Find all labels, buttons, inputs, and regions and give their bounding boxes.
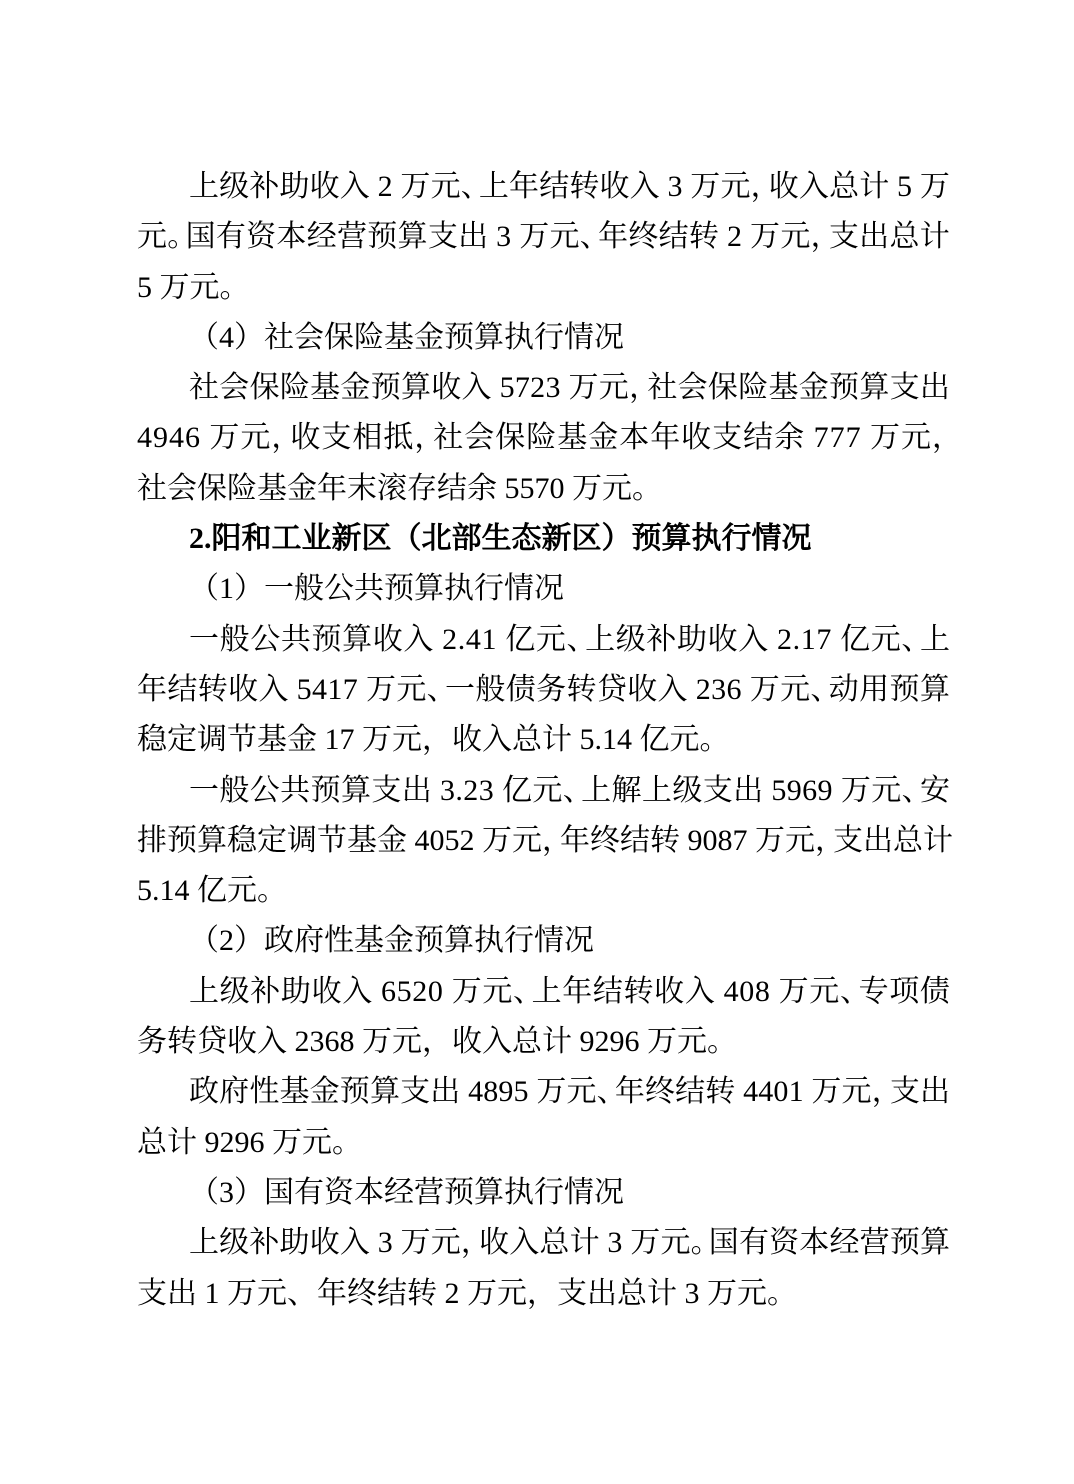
glyph: 贷 bbox=[597, 665, 627, 715]
glyph: 资 bbox=[246, 212, 276, 262]
glyph: 本 bbox=[276, 212, 306, 262]
glyph bbox=[511, 212, 519, 262]
glyph: 结 bbox=[659, 212, 689, 262]
glyph: 入 bbox=[403, 615, 433, 665]
glyph: 基 bbox=[310, 363, 340, 413]
glyph: 元 bbox=[785, 816, 815, 866]
glyph bbox=[393, 162, 401, 212]
glyph: 9 bbox=[787, 766, 802, 816]
glyph: 4 bbox=[137, 413, 152, 463]
glyph: 转 bbox=[198, 665, 228, 715]
glyph: 营 bbox=[860, 1218, 890, 1268]
glyph: 收 bbox=[312, 967, 342, 1017]
glyph: 上 bbox=[642, 766, 672, 816]
glyph bbox=[201, 413, 209, 463]
glyph: 保 bbox=[495, 413, 525, 463]
glyph bbox=[289, 665, 297, 715]
glyph: 元 bbox=[137, 212, 167, 262]
glyph: 入 bbox=[630, 162, 660, 212]
glyph: 支 bbox=[890, 1067, 920, 1117]
glyph: 入 bbox=[258, 665, 288, 715]
glyph: 结 bbox=[620, 816, 650, 866]
glyph bbox=[561, 363, 569, 413]
glyph: 结 bbox=[675, 1067, 705, 1117]
glyph: 解 bbox=[612, 766, 642, 816]
glyph: 本 bbox=[799, 1218, 829, 1268]
glyph: 收 bbox=[290, 413, 320, 463]
glyph: 万 bbox=[536, 1067, 566, 1117]
glyph bbox=[719, 212, 727, 262]
glyph: 转 bbox=[689, 212, 719, 262]
glyph: 本 bbox=[619, 413, 649, 463]
glyph: 元 bbox=[901, 413, 931, 463]
glyph: 节 bbox=[317, 816, 347, 866]
glyph bbox=[475, 816, 483, 866]
glyph: 元 bbox=[240, 413, 270, 463]
glyph: 收 bbox=[310, 1218, 340, 1268]
glyph: 算 bbox=[342, 615, 372, 665]
glyph: 元 bbox=[660, 1218, 690, 1268]
glyph bbox=[688, 665, 696, 715]
glyph: 4 bbox=[758, 1067, 773, 1117]
body-text-line: 社会保险基金年末滚存结余 5570 万元。 bbox=[137, 464, 950, 514]
glyph bbox=[735, 1067, 743, 1117]
glyph: 算 bbox=[341, 766, 371, 816]
glyph: 收 bbox=[431, 363, 461, 413]
glyph: 支 bbox=[321, 413, 351, 463]
glyph: 国 bbox=[186, 212, 216, 262]
subsection-heading-line: （3）国有资本经营预算执行情况 bbox=[137, 1168, 950, 1218]
document-body: 上级补助收入 2 万元、上年结转收入 3 万元，收入总计 5 万元。国有资本经营… bbox=[137, 162, 950, 1319]
glyph: 上 bbox=[479, 162, 509, 212]
glyph: 预 bbox=[311, 766, 341, 816]
glyph: 万 bbox=[870, 413, 900, 463]
glyph: 万 bbox=[452, 967, 482, 1017]
glyph: 支 bbox=[890, 363, 920, 413]
glyph: 元 bbox=[599, 363, 629, 413]
glyph: 6 bbox=[185, 413, 200, 463]
glyph: 万 bbox=[920, 162, 950, 212]
glyph: 亿 bbox=[840, 615, 870, 665]
glyph: 转 bbox=[705, 1067, 735, 1117]
glyph: 元 bbox=[550, 212, 580, 262]
glyph: 补 bbox=[250, 967, 280, 1017]
glyph: 2 bbox=[777, 615, 792, 665]
glyph: 算 bbox=[401, 363, 431, 413]
glyph: 国 bbox=[709, 1218, 739, 1268]
glyph bbox=[912, 162, 920, 212]
glyph: 元 bbox=[482, 967, 512, 1017]
glyph: 万 bbox=[750, 212, 780, 262]
glyph: 入 bbox=[342, 967, 372, 1017]
glyph: 5 bbox=[297, 665, 312, 715]
glyph: 算 bbox=[920, 665, 950, 715]
glyph: 余 bbox=[774, 413, 804, 463]
glyph: 2 bbox=[442, 615, 457, 665]
glyph: 结 bbox=[593, 967, 623, 1017]
glyph: 年 bbox=[598, 212, 628, 262]
glyph: 5 bbox=[397, 967, 412, 1017]
glyph bbox=[492, 363, 500, 413]
glyph: 算 bbox=[920, 1218, 950, 1268]
glyph: 万 bbox=[811, 1067, 841, 1117]
glyph: 共 bbox=[281, 615, 311, 665]
glyph: 6 bbox=[726, 665, 741, 715]
glyph bbox=[680, 816, 688, 866]
glyph: 一 bbox=[189, 766, 219, 816]
glyph: 经 bbox=[307, 212, 337, 262]
glyph: 1 bbox=[482, 615, 497, 665]
glyph: 7 bbox=[814, 413, 829, 463]
glyph: 4 bbox=[415, 816, 430, 866]
glyph: 2 bbox=[463, 766, 478, 816]
section-heading-line: 2.阳和工业新区（北部生态新区）预算执行情况 bbox=[137, 514, 950, 564]
glyph bbox=[683, 162, 691, 212]
glyph: 支 bbox=[400, 1067, 430, 1117]
body-text-line: 政府性基金预算支出 4895 万元、年终结转 4401 万元，支出 bbox=[137, 1067, 950, 1117]
glyph: 万 bbox=[400, 162, 430, 212]
glyph bbox=[358, 665, 366, 715]
glyph: 3 bbox=[545, 363, 560, 413]
glyph: 收 bbox=[600, 162, 630, 212]
body-text-line: 务转贷收入 2368 万元，收入总计 9296 万元。 bbox=[137, 1017, 950, 1067]
glyph: 转 bbox=[569, 162, 599, 212]
glyph: 元 bbox=[871, 615, 901, 665]
glyph: 级 bbox=[220, 967, 250, 1017]
glyph: 社 bbox=[189, 363, 219, 413]
glyph: 年 bbox=[650, 413, 680, 463]
glyph bbox=[771, 967, 779, 1017]
glyph: 元 bbox=[720, 162, 750, 212]
glyph: 年 bbox=[509, 162, 539, 212]
glyph: 排 bbox=[137, 816, 167, 866]
glyph: 收 bbox=[479, 1218, 509, 1268]
glyph: 万 bbox=[366, 665, 396, 715]
glyph: 万 bbox=[690, 162, 720, 212]
glyph: 1 bbox=[327, 665, 342, 715]
glyph: 7 bbox=[830, 413, 845, 463]
document-page: 上级补助收入 2 万元、上年结转收入 3 万元，收入总计 5 万元。国有资本经营… bbox=[0, 0, 1074, 1484]
glyph: 万 bbox=[750, 665, 780, 715]
glyph: 年 bbox=[560, 816, 590, 866]
body-text-line: 稳定调节基金 17 万元，收入总计 5.14 亿元。 bbox=[137, 715, 950, 765]
glyph: 上 bbox=[532, 967, 562, 1017]
glyph: 3 bbox=[711, 665, 726, 715]
glyph: 公 bbox=[250, 766, 280, 816]
glyph: 稳 bbox=[227, 816, 257, 866]
glyph: 终 bbox=[628, 212, 658, 262]
glyph bbox=[488, 212, 496, 262]
glyph: 入 bbox=[509, 1218, 539, 1268]
glyph bbox=[434, 615, 442, 665]
glyph: 预 bbox=[167, 816, 197, 866]
subsection-heading-line: （4）社会保险基金预算执行情况 bbox=[137, 313, 950, 363]
glyph: 收 bbox=[769, 162, 799, 212]
glyph: 助 bbox=[281, 967, 311, 1017]
glyph bbox=[407, 816, 415, 866]
glyph: 务 bbox=[536, 665, 566, 715]
subsection-heading-line: （1）一般公共预算执行情况 bbox=[137, 564, 950, 614]
glyph bbox=[373, 967, 381, 1017]
glyph: 收 bbox=[627, 665, 657, 715]
glyph: 政 bbox=[189, 1067, 219, 1117]
body-text-line: 一般公共预算收入 2.41 亿元、上级补助收入 2.17 亿元、上 bbox=[137, 615, 950, 665]
glyph: 级 bbox=[616, 615, 646, 665]
glyph bbox=[832, 615, 840, 665]
glyph: 亿 bbox=[505, 615, 535, 665]
glyph: 上 bbox=[189, 1218, 219, 1268]
body-text-line: 社会保险基金预算收入 5723 万元，社会保险基金预算支出 bbox=[137, 363, 950, 413]
glyph: 3 bbox=[479, 766, 494, 816]
glyph bbox=[833, 766, 841, 816]
glyph: 会 bbox=[219, 363, 249, 413]
glyph: 3 bbox=[440, 766, 455, 816]
body-text-line: 上级补助收入 6520 万元、上年结转收入 408 万元、专项债 bbox=[137, 967, 950, 1017]
glyph: 0 bbox=[703, 816, 718, 866]
glyph: 年 bbox=[615, 1067, 645, 1117]
glyph: 性 bbox=[249, 1067, 279, 1117]
glyph: 2 bbox=[378, 162, 393, 212]
glyph: 0 bbox=[428, 967, 443, 1017]
glyph bbox=[862, 413, 870, 463]
glyph: 专 bbox=[859, 967, 889, 1017]
glyph: 4 bbox=[724, 967, 739, 1017]
glyph: 元 bbox=[809, 967, 839, 1017]
glyph bbox=[889, 162, 897, 212]
body-text-line: 上级补助收入 2 万元、上年结转收入 3 万元，收入总计 5 万 bbox=[137, 162, 950, 212]
glyph: 计 bbox=[920, 212, 950, 262]
body-text-line: 元。国有资本经营预算支出 3 万元、年终结转 2 万元，支出总计 bbox=[137, 212, 950, 262]
glyph: 一 bbox=[189, 615, 219, 665]
glyph: 5 bbox=[771, 766, 786, 816]
glyph: 入 bbox=[462, 363, 492, 413]
glyph: 总 bbox=[829, 162, 859, 212]
glyph: 出 bbox=[458, 212, 488, 262]
body-text-line: 上级补助收入 3 万元，收入总计 3 万元。国有资本经营预算 bbox=[137, 1218, 950, 1268]
glyph: 万 bbox=[755, 816, 785, 866]
glyph: 预 bbox=[371, 363, 401, 413]
glyph: 元 bbox=[567, 1067, 597, 1117]
glyph: 收 bbox=[228, 665, 258, 715]
glyph: 预 bbox=[890, 665, 920, 715]
glyph: 元 bbox=[532, 766, 562, 816]
glyph: 5 bbox=[445, 816, 460, 866]
glyph: 社 bbox=[647, 363, 677, 413]
glyph: 2 bbox=[530, 363, 545, 413]
glyph: 金 bbox=[340, 363, 370, 413]
glyph bbox=[804, 1067, 812, 1117]
glyph: 元 bbox=[842, 1067, 872, 1117]
glyph: 元 bbox=[871, 766, 901, 816]
glyph: 会 bbox=[678, 363, 708, 413]
glyph bbox=[805, 413, 813, 463]
glyph: 4 bbox=[468, 1067, 483, 1117]
glyph: 万 bbox=[519, 212, 549, 262]
glyph: 收 bbox=[310, 162, 340, 212]
glyph: 预 bbox=[367, 212, 397, 262]
glyph: 万 bbox=[209, 413, 239, 463]
subsection-heading-line: （2）政府性基金预算执行情况 bbox=[137, 916, 950, 966]
glyph: 0 bbox=[430, 816, 445, 866]
glyph: 终 bbox=[590, 816, 620, 866]
glyph: 上 bbox=[189, 967, 219, 1017]
glyph: 金 bbox=[799, 363, 829, 413]
glyph: 元 bbox=[536, 615, 566, 665]
glyph: 金 bbox=[377, 816, 407, 866]
glyph: 安 bbox=[920, 766, 950, 816]
glyph: 出 bbox=[430, 1067, 460, 1117]
glyph: 8 bbox=[755, 967, 770, 1017]
glyph: 级 bbox=[219, 162, 249, 212]
glyph: 算 bbox=[398, 212, 428, 262]
glyph: 0 bbox=[739, 967, 754, 1017]
glyph: 预 bbox=[340, 1067, 370, 1117]
glyph: 2 bbox=[727, 212, 742, 262]
glyph: 转 bbox=[624, 967, 654, 1017]
glyph: 算 bbox=[859, 363, 889, 413]
glyph bbox=[529, 1067, 537, 1117]
glyph: 抵 bbox=[383, 413, 413, 463]
glyph: 公 bbox=[250, 615, 280, 665]
body-text-line: 4946 万元，收支相抵，社会保险基金本年收支结余 777 万元， bbox=[137, 413, 950, 463]
glyph bbox=[370, 162, 378, 212]
glyph: 险 bbox=[280, 363, 310, 413]
glyph: 总 bbox=[889, 212, 919, 262]
glyph: 8 bbox=[718, 816, 733, 866]
glyph: 4 bbox=[466, 615, 481, 665]
glyph: 支 bbox=[371, 766, 401, 816]
glyph: 预 bbox=[829, 363, 859, 413]
body-text-line: 总计 9296 万元。 bbox=[137, 1118, 950, 1168]
body-text-line: 支出 1 万元、年终结转 2 万元，支出总计 3 万元。 bbox=[137, 1269, 950, 1319]
glyph: 计 bbox=[570, 1218, 600, 1268]
glyph: 年 bbox=[137, 665, 167, 715]
glyph: 基 bbox=[557, 413, 587, 463]
glyph: 补 bbox=[646, 615, 676, 665]
glyph: 有 bbox=[216, 212, 246, 262]
glyph: 项 bbox=[889, 967, 919, 1017]
glyph: 出 bbox=[863, 816, 893, 866]
glyph: 元 bbox=[780, 212, 810, 262]
glyph: 3 bbox=[496, 212, 511, 262]
glyph: 级 bbox=[219, 1218, 249, 1268]
glyph: 资 bbox=[769, 1218, 799, 1268]
glyph: 3 bbox=[378, 1218, 393, 1268]
glyph: 支 bbox=[703, 766, 733, 816]
glyph: 上 bbox=[920, 615, 950, 665]
glyph: 助 bbox=[677, 615, 707, 665]
glyph: 终 bbox=[645, 1067, 675, 1117]
glyph bbox=[600, 1218, 608, 1268]
glyph: 险 bbox=[738, 363, 768, 413]
glyph: 元 bbox=[431, 1218, 461, 1268]
glyph: 上 bbox=[585, 615, 615, 665]
glyph: 1 bbox=[801, 615, 816, 665]
glyph: 助 bbox=[279, 162, 309, 212]
glyph: 出 bbox=[920, 1067, 950, 1117]
glyph: 2 bbox=[412, 967, 427, 1017]
glyph: 支 bbox=[833, 816, 863, 866]
glyph: 元 bbox=[396, 665, 426, 715]
glyph: 险 bbox=[526, 413, 556, 463]
body-text-line: 年结转收入 5417 万元、一般债务转贷收入 236 万元、动用预算 bbox=[137, 665, 950, 715]
glyph: 4 bbox=[169, 413, 184, 463]
glyph: 入 bbox=[658, 665, 688, 715]
glyph: 入 bbox=[738, 615, 768, 665]
glyph: 上 bbox=[581, 766, 611, 816]
glyph bbox=[370, 1218, 378, 1268]
glyph: 4 bbox=[743, 1067, 758, 1117]
glyph: 6 bbox=[381, 967, 396, 1017]
glyph: 2 bbox=[696, 665, 711, 715]
glyph: 3 bbox=[667, 162, 682, 212]
glyph bbox=[742, 665, 750, 715]
glyph: 8 bbox=[483, 1067, 498, 1117]
glyph: 一 bbox=[445, 665, 475, 715]
glyph: 级 bbox=[672, 766, 702, 816]
glyph: 结 bbox=[167, 665, 197, 715]
glyph: 收 bbox=[708, 615, 738, 665]
glyph: 7 bbox=[733, 816, 748, 866]
glyph: 万 bbox=[841, 766, 871, 816]
glyph: 府 bbox=[219, 1067, 249, 1117]
glyph: 补 bbox=[249, 162, 279, 212]
glyph: 1 bbox=[789, 1067, 804, 1117]
glyph: 金 bbox=[588, 413, 618, 463]
glyph bbox=[769, 615, 777, 665]
glyph: 7 bbox=[515, 363, 530, 413]
glyph bbox=[742, 212, 750, 262]
glyph: 转 bbox=[566, 665, 596, 715]
glyph bbox=[715, 967, 723, 1017]
glyph: . bbox=[455, 766, 463, 816]
glyph: 9 bbox=[153, 413, 168, 463]
glyph: 预 bbox=[890, 1218, 920, 1268]
glyph: 相 bbox=[352, 413, 382, 463]
glyph: 入 bbox=[799, 162, 829, 212]
glyph: 基 bbox=[347, 816, 377, 866]
glyph: 万 bbox=[401, 1218, 431, 1268]
glyph: 补 bbox=[249, 1218, 279, 1268]
glyph: 支 bbox=[712, 413, 742, 463]
glyph: 万 bbox=[482, 816, 512, 866]
glyph: ， bbox=[932, 413, 962, 463]
glyph: 收 bbox=[373, 615, 403, 665]
glyph: 7 bbox=[846, 413, 861, 463]
glyph: 收 bbox=[654, 967, 684, 1017]
glyph: 基 bbox=[279, 1067, 309, 1117]
glyph: 9 bbox=[688, 816, 703, 866]
glyph: 计 bbox=[859, 162, 889, 212]
glyph: 社 bbox=[433, 413, 463, 463]
glyph: 般 bbox=[220, 615, 250, 665]
glyph: 2 bbox=[460, 816, 475, 866]
glyph: 定 bbox=[257, 816, 287, 866]
glyph: 出 bbox=[402, 766, 432, 816]
glyph: 出 bbox=[733, 766, 763, 816]
glyph: 调 bbox=[287, 816, 317, 866]
glyph: 万 bbox=[569, 363, 599, 413]
glyph: . bbox=[793, 615, 801, 665]
glyph: 支 bbox=[829, 212, 859, 262]
glyph: 年 bbox=[562, 967, 592, 1017]
glyph bbox=[660, 162, 668, 212]
glyph bbox=[623, 1218, 631, 1268]
glyph: 预 bbox=[312, 615, 342, 665]
glyph: 4 bbox=[312, 665, 327, 715]
glyph: 亿 bbox=[502, 766, 532, 816]
glyph: 金 bbox=[310, 1067, 340, 1117]
